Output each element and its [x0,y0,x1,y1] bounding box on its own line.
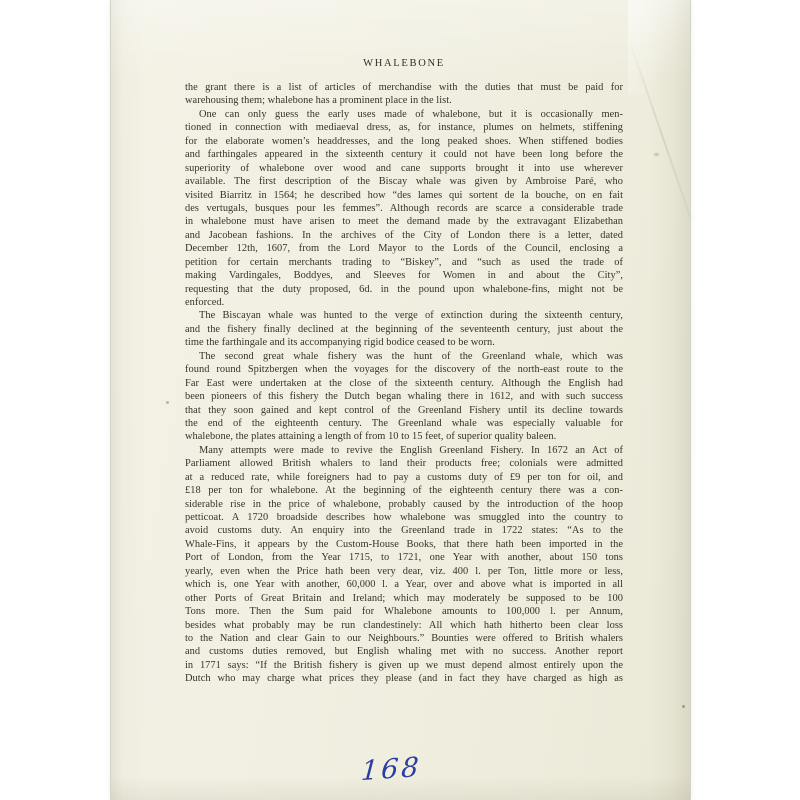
text-line: in whalebone must have arisen to meet th… [185,215,623,228]
text-line: The second great whale fishery was the h… [185,350,623,363]
text-line: and Jacobean fashions. In the archives o… [185,229,623,242]
text-line: which is, one Year with another, 60,000 … [185,578,623,591]
text-line: in 1771 says: “If the British fishery is… [185,659,623,672]
text-line: that they soon gained and kept control o… [185,404,623,417]
foxing-speck [654,153,659,156]
body-text: the grant there is a list of articles of… [185,81,623,686]
text-line: des vertugals, busques pour les femmes”.… [185,202,623,215]
text-line: The Biscayan whale was hunted to the ver… [185,309,623,322]
text-line: other Ports of Great Britain and Ireland… [185,592,623,605]
text-line: Whale-Fins, it appears by the Custom-Hou… [185,538,623,551]
text-line: time the farthingale and its accompanyin… [185,336,623,349]
text-line: Far East were undertaken at the close of… [185,377,623,390]
text-line: Port of London, from the Year 1715, to 1… [185,551,623,564]
text-line: siderable rise in the price of whalebone… [185,498,623,511]
text-line: One can only guess the early uses made o… [185,108,623,121]
text-line: avoid customs duty. An enquiry into the … [185,524,623,537]
text-line: for the elaborate women’s headdresses, a… [185,135,623,148]
text-line: at a reduced rate, while foreigners had … [185,471,623,484]
foxing-speck [682,705,685,708]
page-corner-fold [628,0,690,95]
text-line: warehousing them; whalebone has a promin… [185,94,623,107]
scanned-document: WHALEBONE the grant there is a list of a… [0,0,800,800]
text-line: petition for certain merchants trading t… [185,256,623,269]
text-line: whalebone, the plates attaining a length… [185,430,623,443]
text-line: tioned in connection with mediaeval dres… [185,121,623,134]
text-line: yearly, even when the Price hath been ve… [185,565,623,578]
text-line: enforced. [185,296,623,309]
foxing-speck [166,401,169,404]
text-line: and the fishery finally declined at the … [185,323,623,336]
text-line: Tons more. Then the Sum paid for Whalebo… [185,605,623,618]
text-line: the grant there is a list of articles of… [185,81,623,94]
text-line: superiority of whalebone over wood and c… [185,162,623,175]
text-line: and customs duties removed, but English … [185,645,623,658]
text-line: visited Biarritz in 1564; he described h… [185,189,623,202]
text-line: been pioneers of this fishery the Dutch … [185,390,623,403]
text-line: and farthingales appeared in the sixteen… [185,148,623,161]
book-page: WHALEBONE the grant there is a list of a… [111,0,690,800]
text-line: £18 per ton for whalebone. At the beginn… [185,484,623,497]
text-line: besides what probably may be run clandes… [185,619,623,632]
text-line: making Vardingales, Boddyes, and Sleeves… [185,269,623,282]
text-line: petticoat. A 1720 broadside describes ho… [185,511,623,524]
text-line: Parliament allowed British whalers to la… [185,457,623,470]
handwritten-page-number: 168 [360,752,423,787]
text-line: Many attempts were made to revive the En… [185,444,623,457]
text-line: found round Spitzbergen when the voyages… [185,363,623,376]
text-line: available. The first description of the … [185,175,623,188]
page-title: WHALEBONE [185,58,623,69]
text-line: Dutch who may charge what prices they pl… [185,672,623,685]
text-line: requesting that the duty proposed, 6d. i… [185,283,623,296]
text-line: December 12th, 1607, from the Lord Mayor… [185,242,623,255]
text-line: to the Nation and clear Gain to our Neig… [185,632,623,645]
text-line: the end of the eighteenth century. The G… [185,417,623,430]
